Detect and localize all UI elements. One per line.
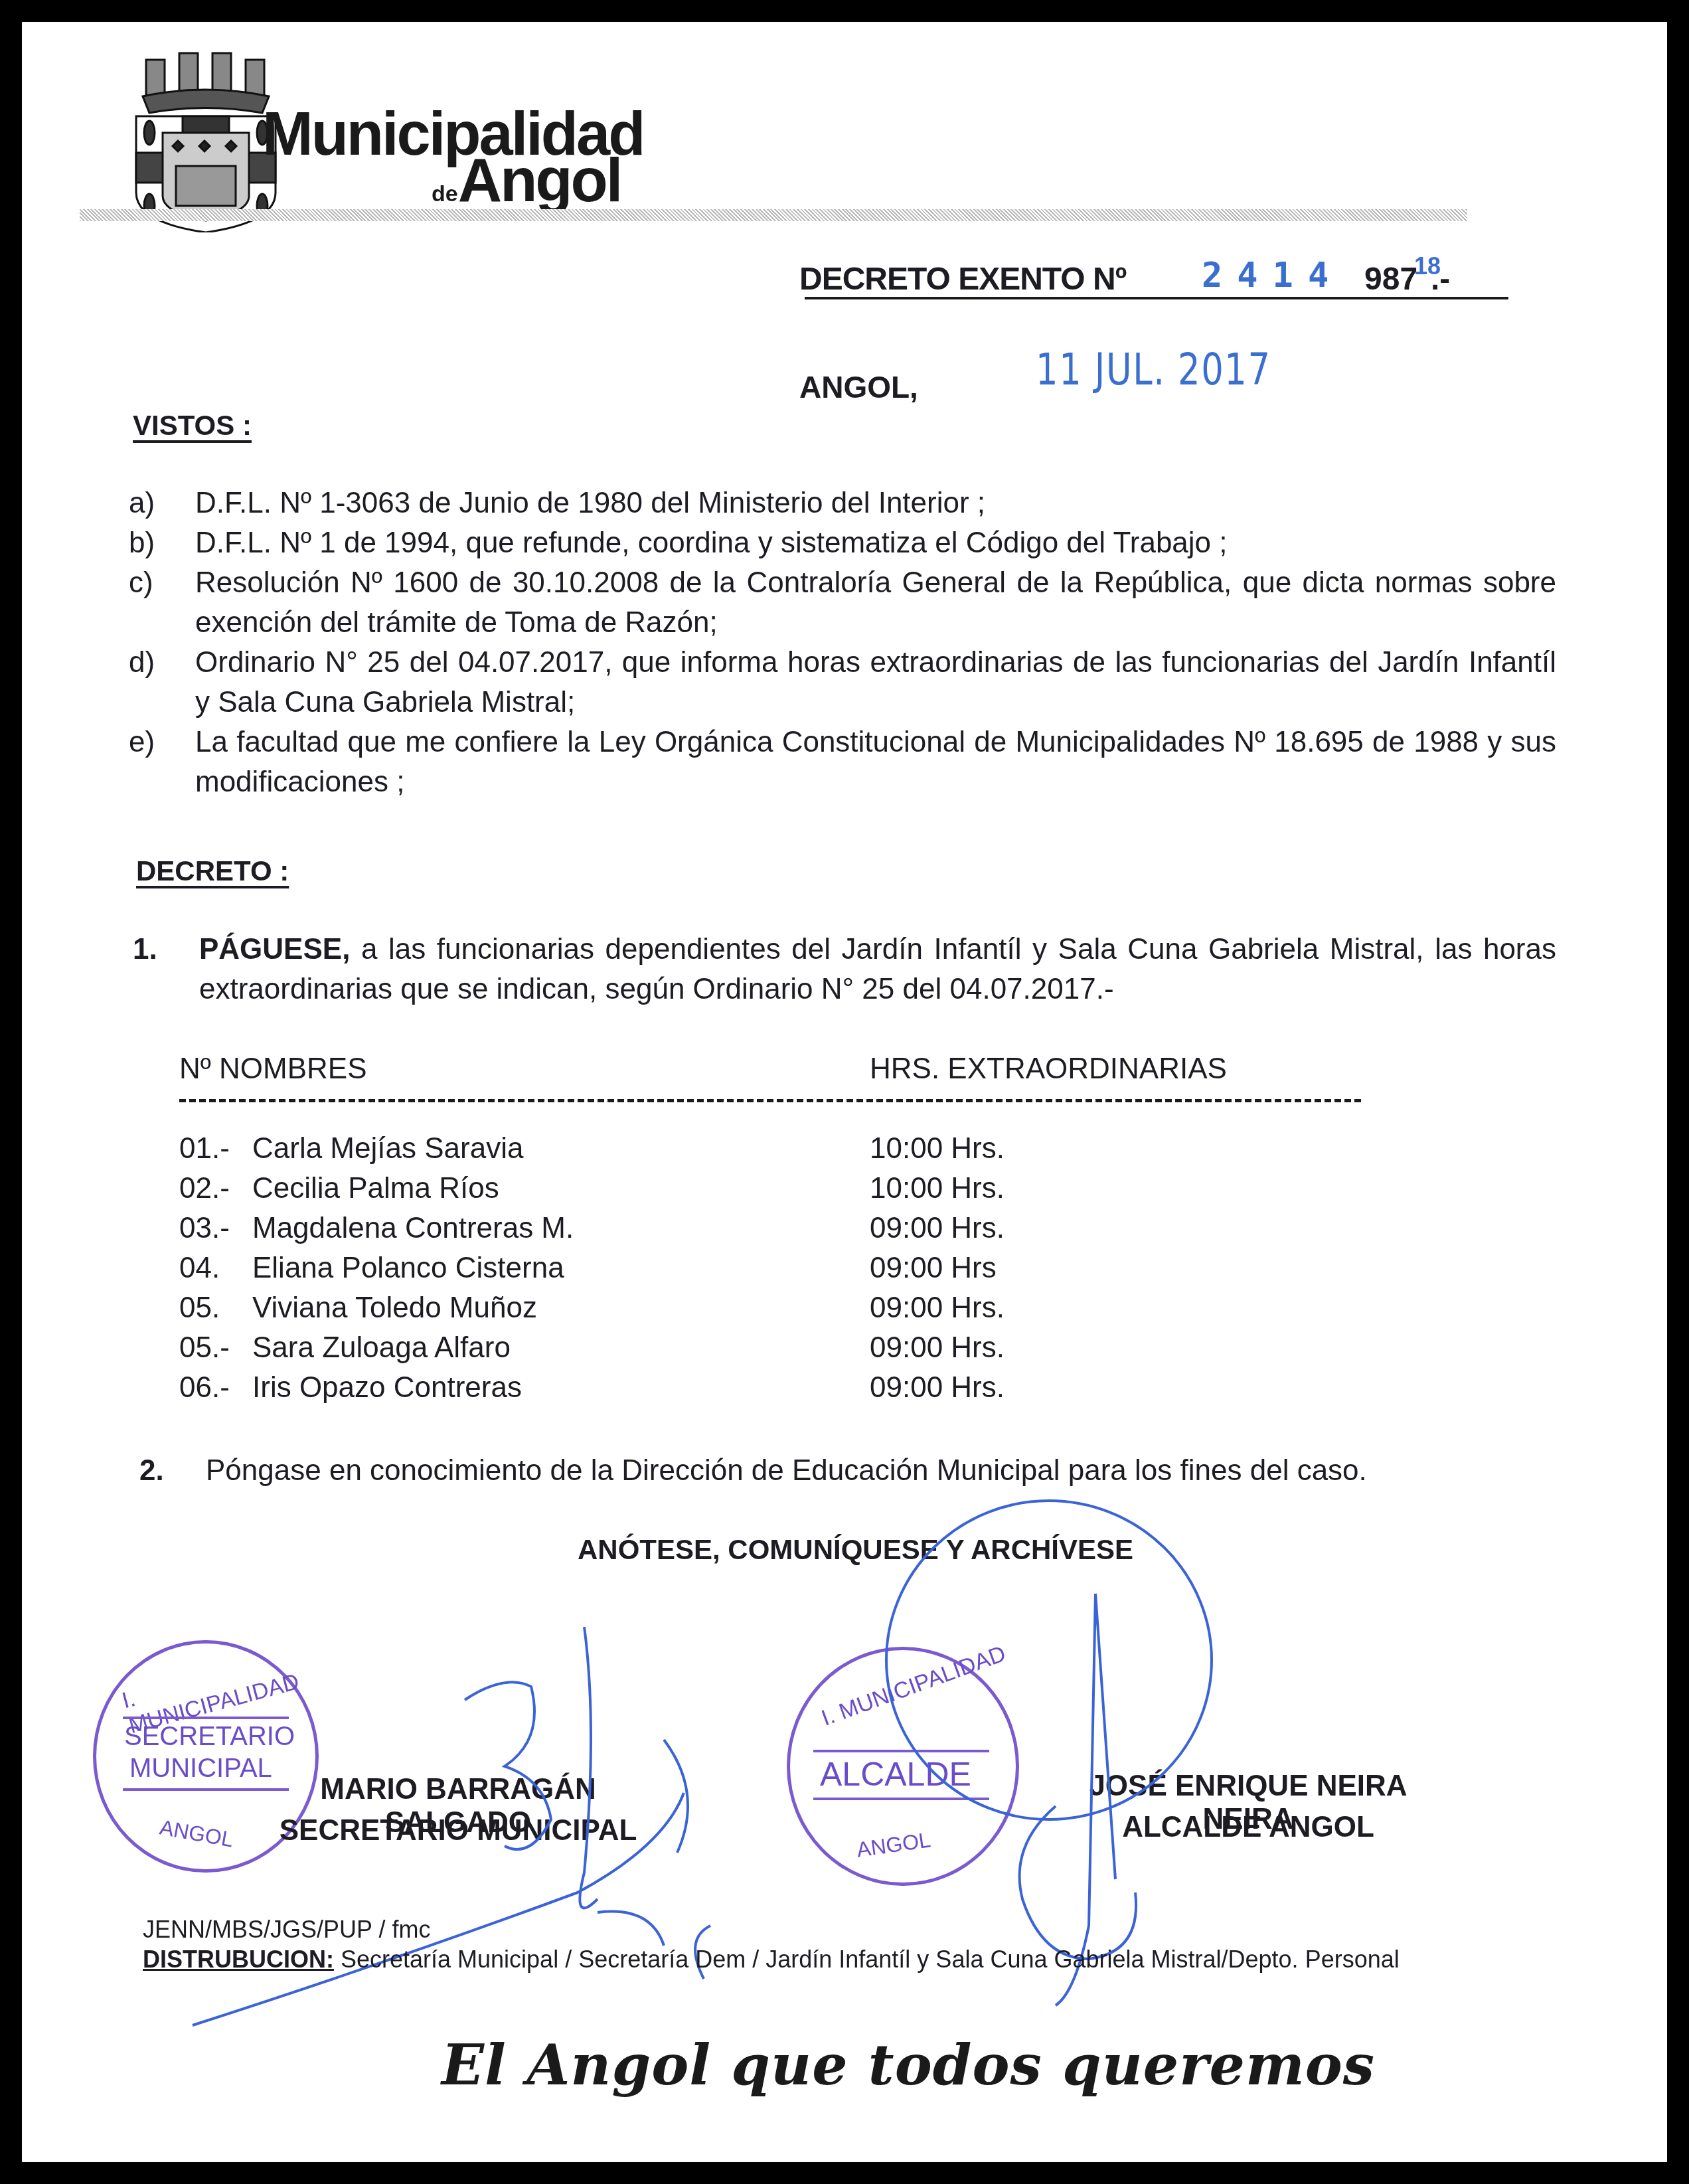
row-number: 06.-	[179, 1371, 252, 1404]
city-label: ANGOL,	[799, 369, 918, 405]
decree-printed-number: 987	[1364, 261, 1417, 297]
table-divider	[179, 1099, 1361, 1102]
mayor-stamp: I. MUNICIPALIDAD ALCALDE ANGOL	[787, 1647, 1019, 1886]
distribution-text: Secretaría Municipal / Secretaría Dem / …	[334, 1946, 1400, 1973]
header-divider	[80, 209, 1467, 221]
vistos-item: a)D.F.L. Nº 1-3063 de Junio de 1980 del …	[129, 483, 1556, 523]
decreto-point-2: 2. Póngase en conocimiento de la Direcci…	[139, 1451, 1556, 1491]
initials: JENN/MBS/JGS/PUP / fmc	[143, 1916, 430, 1944]
table-row: 04.Eliana Polanco Cisterna09:00 Hrs	[179, 1252, 997, 1285]
row-number: 03.-	[179, 1212, 252, 1245]
date-stamp: 11 JUL. 2017	[1036, 344, 1271, 395]
row-name: Cecilia Palma Ríos	[252, 1172, 870, 1205]
row-hours: 09:00 Hrs	[870, 1252, 997, 1285]
table-row: 05.Viviana Toledo Muñoz09:00 Hrs.	[179, 1292, 1005, 1325]
row-name: Viviana Toledo Muñoz	[252, 1292, 870, 1325]
row-hours: 10:00 Hrs.	[870, 1172, 1005, 1205]
vistos-item: c)Resolución Nº 1600 de 30.10.2008 de la…	[129, 563, 1556, 643]
decree-suffix: .-	[1431, 261, 1450, 297]
decreto-point-1: 1. PÁGUESE, a las funcionarias dependien…	[133, 930, 1556, 1009]
table-row: 03.-Magdalena Contreras M.09:00 Hrs.	[179, 1212, 1005, 1245]
row-name: Iris Opazo Contreras	[252, 1371, 870, 1404]
vistos-item: b)D.F.L. Nº 1 de 1994, que refunde, coor…	[129, 523, 1556, 563]
row-number: 05.-	[179, 1331, 252, 1365]
brand-angol: Angol	[458, 147, 621, 214]
row-hours: 10:00 Hrs.	[870, 1132, 1005, 1165]
row-number: 04.	[179, 1252, 252, 1285]
row-name: Carla Mejías Saravia	[252, 1132, 870, 1165]
vistos-item: d)Ordinario N° 25 del 04.07.2017, que in…	[129, 643, 1556, 722]
row-number: 02.-	[179, 1172, 252, 1205]
row-name: Sara Zuloaga Alfaro	[252, 1331, 870, 1365]
table-header: Nº NOMBRES HRS. EXTRAORDINARIAS	[179, 1052, 1227, 1086]
row-name: Magdalena Contreras M.	[252, 1212, 870, 1245]
closing-formula: ANÓTESE, COMUNÍQUESE Y ARCHÍVESE	[578, 1534, 1133, 1566]
footer-motto: El Angol que todos queremos	[442, 2032, 1375, 2098]
row-hours: 09:00 Hrs.	[870, 1292, 1005, 1325]
table-row: 05.-Sara Zuloaga Alfaro09:00 Hrs.	[179, 1331, 1005, 1365]
distribution: DISTRUBUCION: Secretaría Municipal / Sec…	[143, 1946, 1400, 1974]
distribution-label: DISTRUBUCION:	[143, 1946, 334, 1973]
decreto-heading: DECRETO :	[136, 855, 289, 887]
decree-stamped-number: 2414	[1202, 256, 1343, 295]
secretary-title: SECRETARIO MUNICIPAL	[246, 1814, 671, 1847]
mayor-title: ALCALDE ANGOL	[1042, 1811, 1454, 1844]
row-number: 05.	[179, 1292, 252, 1325]
row-name: Eliana Polanco Cisterna	[252, 1252, 870, 1285]
table-row: 06.-Iris Opazo Contreras09:00 Hrs.	[179, 1371, 1005, 1404]
table-row: 01.-Carla Mejías Saravia10:00 Hrs.	[179, 1132, 1005, 1165]
decree-label: DECRETO EXENTO Nº	[799, 261, 1126, 297]
row-hours: 09:00 Hrs.	[870, 1212, 1005, 1245]
brand-city: deAngol	[432, 146, 621, 216]
table-row: 02.-Cecilia Palma Ríos10:00 Hrs.	[179, 1172, 1005, 1205]
decree-underline	[805, 297, 1508, 299]
brand-de: de	[432, 181, 458, 207]
vistos-heading: VISTOS :	[133, 410, 252, 442]
row-number: 01.-	[179, 1132, 252, 1165]
row-hours: 09:00 Hrs.	[870, 1331, 1005, 1365]
row-hours: 09:00 Hrs.	[870, 1371, 1005, 1404]
vistos-item: e)La facultad que me confiere la Ley Org…	[129, 722, 1556, 802]
